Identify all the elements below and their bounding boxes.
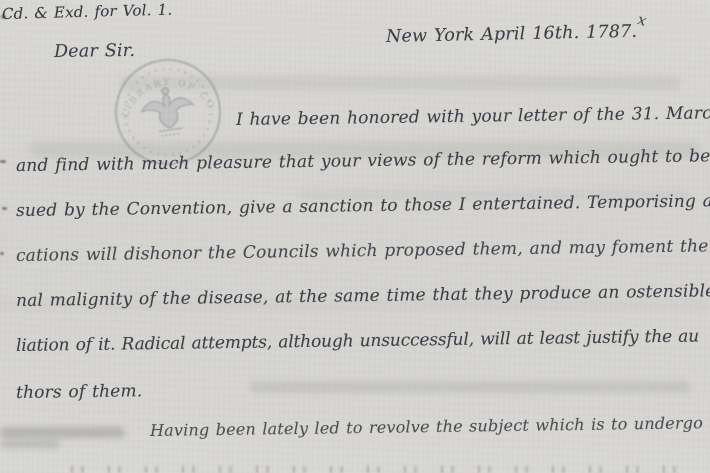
body-line: thors of them. xyxy=(16,381,143,403)
dateline: New York April 16th. 1787. xyxy=(386,22,638,47)
ink-showthrough-streak xyxy=(250,381,690,393)
salutation: Dear Sir. xyxy=(54,41,135,62)
ink-bleed-mark xyxy=(2,207,7,210)
ink-bleed-mark xyxy=(0,160,6,163)
archival-note: Cd. & Exd. for Vol. 1. xyxy=(2,1,173,23)
corner-pen-mark: x xyxy=(636,10,649,30)
ink-showthrough-streak xyxy=(0,427,125,438)
letter-scan-page: Cd. & Exd. for Vol. 1. Dear Sir. New Yor… xyxy=(0,0,710,473)
body-line: cations will dishonor the Councils which… xyxy=(16,236,710,266)
body-line: liation of it. Radical attempts, althoug… xyxy=(16,326,699,356)
body-line: sued by the Convention, give a sanction … xyxy=(16,191,710,221)
cut-off-line-fragment xyxy=(60,466,680,473)
body-line: Having been lately led to revolve the su… xyxy=(150,413,710,440)
ink-bleed-mark xyxy=(0,252,4,255)
body-line: I have been honored with your letter of … xyxy=(236,103,710,130)
ink-showthrough-streak xyxy=(0,440,60,448)
